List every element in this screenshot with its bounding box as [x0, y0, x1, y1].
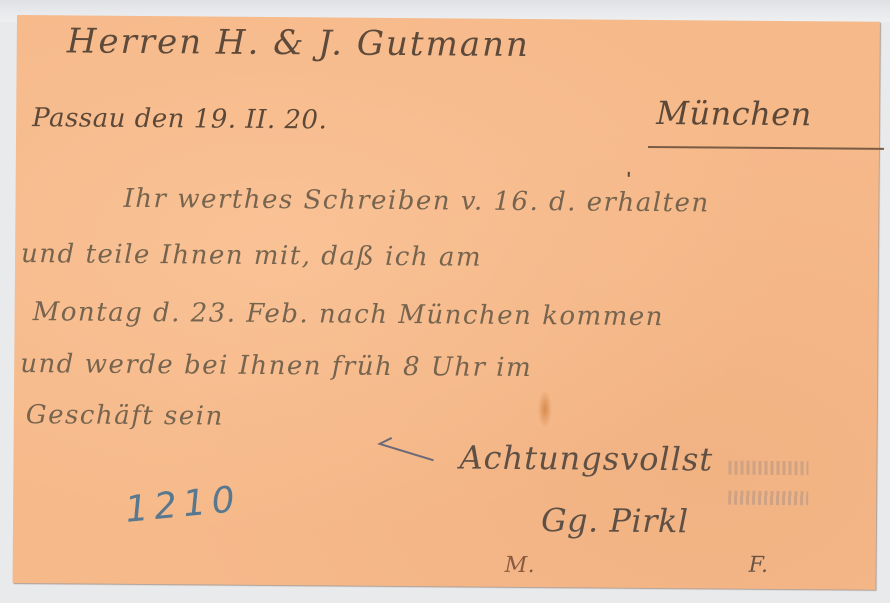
body-line-1: Ihr werthes Schreiben v. 16. d. erhalten — [123, 184, 709, 219]
body-line-2: und teile Ihnen mit, daß ich am — [21, 239, 482, 273]
faint-stamp-bottom — [728, 491, 808, 506]
city-underline — [648, 146, 884, 150]
pencil-number: 1210 — [123, 479, 242, 531]
body-line-4: und werde bei Ihnen früh 8 Uhr im — [20, 349, 532, 383]
initial-left: M. — [505, 553, 536, 578]
place-date-line: Passau den 19. II. 20. — [32, 103, 327, 135]
body-line-3: Montag d. 23. Feb. nach München kommen — [33, 297, 665, 332]
closing-salutation: Achtungsvollst — [459, 438, 713, 478]
body-line-5: Geschäft sein — [26, 400, 224, 432]
paper-stain — [538, 390, 552, 428]
destination-city: München — [656, 94, 812, 133]
initial-right: F. — [749, 553, 769, 578]
arrow-mark-icon — [377, 434, 437, 464]
addressee-line: Herren H. & J. Gutmann — [67, 21, 530, 65]
faint-stamp-top — [728, 461, 808, 476]
signature: Gg. Pirkl — [541, 501, 689, 540]
ink-dot — [628, 172, 630, 177]
postcard: Herren H. & J. Gutmann Passau den 19. II… — [13, 15, 880, 590]
